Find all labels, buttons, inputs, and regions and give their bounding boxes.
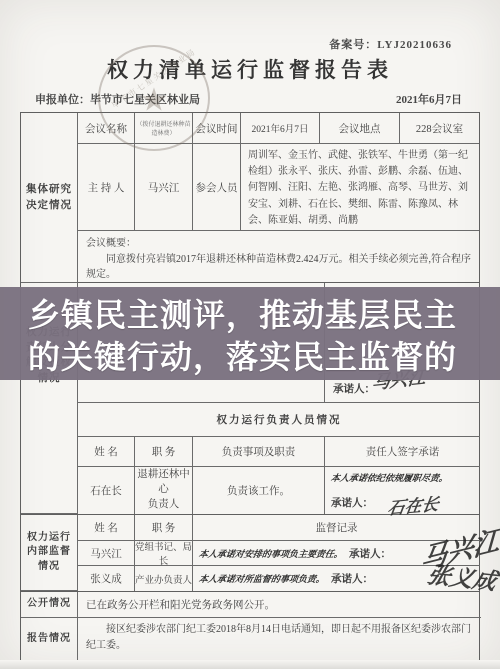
col-header-matter: 负责事项及职责 (193, 437, 325, 467)
host-label: 主 持 人 (78, 144, 135, 231)
record-promiser-label: 承诺人： (349, 546, 391, 561)
row-label-internal-supervision: 权力运行 内部监督 情况 (21, 515, 78, 591)
report-unit-line: 申报单位：毕节市七星关区林业局 2021年6月7日 (35, 91, 462, 107)
sup-row-duty: 产业办负责人 (135, 566, 193, 591)
filing-label: 备案号： (329, 39, 377, 51)
document-photo: 备案号：LYJ20210636 权力清单运行监督报告表 毕节市七星关区林业局 ★… (0, 0, 500, 669)
attendees-list: 周训军、金玉竹、武健、张铁军、牛世勇（第一纪检组）张永平、张庆、孙雷、彭鹏、余磊… (241, 144, 479, 231)
table-publicity-report: 公开情况 已在政务公开栏和阳光党务政务网公开。 报告情况 接区纪委涉农部门纪工委… (20, 592, 480, 662)
row-label-collective-decision: 集体研究 决定情况 (21, 113, 78, 283)
filing-number: 备案号：LYJ20210636 (329, 36, 452, 52)
report-text: 接区纪委涉农部门纪工委2018年8月14日电话通知，即日起不用报备区纪委涉农部门… (78, 618, 481, 661)
sup-header-duty: 职 务 (135, 515, 193, 541)
meeting-place-value: 228会议室 (400, 113, 479, 144)
headline-banner: 乡镇民主测评，推动基层民主 的关键行动，落实民主监督的 (0, 287, 500, 380)
sup-row-name: 张义成 (78, 566, 135, 591)
sup-row-duty: 党组书记、局长 (135, 541, 193, 566)
meeting-summary-label: 会议概要： (86, 238, 136, 249)
paper-bottom-edge (0, 660, 500, 669)
meeting-summary-text: 同意拨付亮岩镇2017年退耕还林种苗造林费2.424万元。相关手续必须完善,符合… (86, 252, 471, 283)
promiser-label: 承诺人： (333, 381, 375, 396)
report-unit-label: 申报单位： (35, 94, 90, 106)
person-name: 石在长 (78, 467, 135, 514)
person-matter: 负责该工作。 (193, 467, 325, 514)
attendees-label: 参会人员 (193, 144, 241, 231)
record-promiser-label: 承诺人： (331, 571, 373, 586)
meeting-summary: 会议概要： 同意拨付亮岩镇2017年退耕还林种苗造林费2.424万元。相关手续必… (78, 231, 479, 283)
meeting-time-value: 2021年6月7日 (241, 113, 320, 144)
filing-value: LYJ20210636 (377, 39, 452, 51)
publicity-text: 已在政务公开栏和阳光党务政务网公开。 (78, 592, 481, 618)
sup-header-name: 姓 名 (78, 515, 135, 541)
host-value: 马兴江 (135, 144, 193, 231)
report-unit: 申报单位：毕节市七星关区林业局 (35, 91, 200, 107)
person-duty: 退耕还林中心 负责人 (135, 467, 193, 514)
promise-promiser-label: 承诺人： (331, 495, 373, 510)
record-handwriting: 本人承诺对所监督的事项负责。 (198, 572, 326, 585)
promise-handwriting: 本人承诺依纪依规履职尽责。 (330, 471, 449, 484)
report-date: 2021年6月7日 (396, 91, 462, 107)
meeting-time-label: 会议时间 (193, 113, 241, 144)
col-header-name: 姓 名 (78, 437, 135, 467)
signature-zhangyicheng: 张义成 (424, 557, 500, 596)
headline-line-1: 乡镇民主测评，推动基层民主 (0, 287, 500, 336)
headline-line-2: 的关键行动，落实民主监督的 (0, 336, 500, 378)
col-header-duty: 职 务 (135, 437, 193, 467)
section-title-responsible-persons: 权力运行负责人员情况 (78, 403, 480, 437)
meeting-name-value: （拨付退耕还林种苗造林费） (135, 113, 193, 144)
table-collective-decision: 集体研究 决定情况 会议名称 （拨付退耕还林种苗造林费） 会议时间 2021年6… (20, 112, 480, 283)
table-internal-supervision: 权力运行 内部监督 情况 姓 名 职 务 监督记录 马兴江 党组书记、局长 本人… (20, 515, 480, 592)
report-text-body: 接区纪委涉农部门纪工委2018年8月14日电话通知，即日起不用报备区纪委涉农部门… (86, 622, 473, 653)
meeting-name-label: 会议名称 (78, 113, 135, 144)
meeting-place-label: 会议地点 (320, 113, 400, 144)
row-label-publicity: 公开情况 (21, 592, 78, 618)
record-handwriting: 本人承诺对安排的事项负主要责任。 (198, 547, 344, 560)
page-title: 权力清单运行监督报告表 (0, 54, 500, 84)
sup-row-name: 马兴江 (78, 541, 135, 566)
report-unit-value: 毕节市七星关区林业局 (90, 94, 200, 106)
row-label-report: 报告情况 (21, 618, 78, 661)
signature-shizaichang: 石在长 (386, 490, 441, 520)
col-header-signature: 责任人签字承诺 (325, 437, 480, 467)
